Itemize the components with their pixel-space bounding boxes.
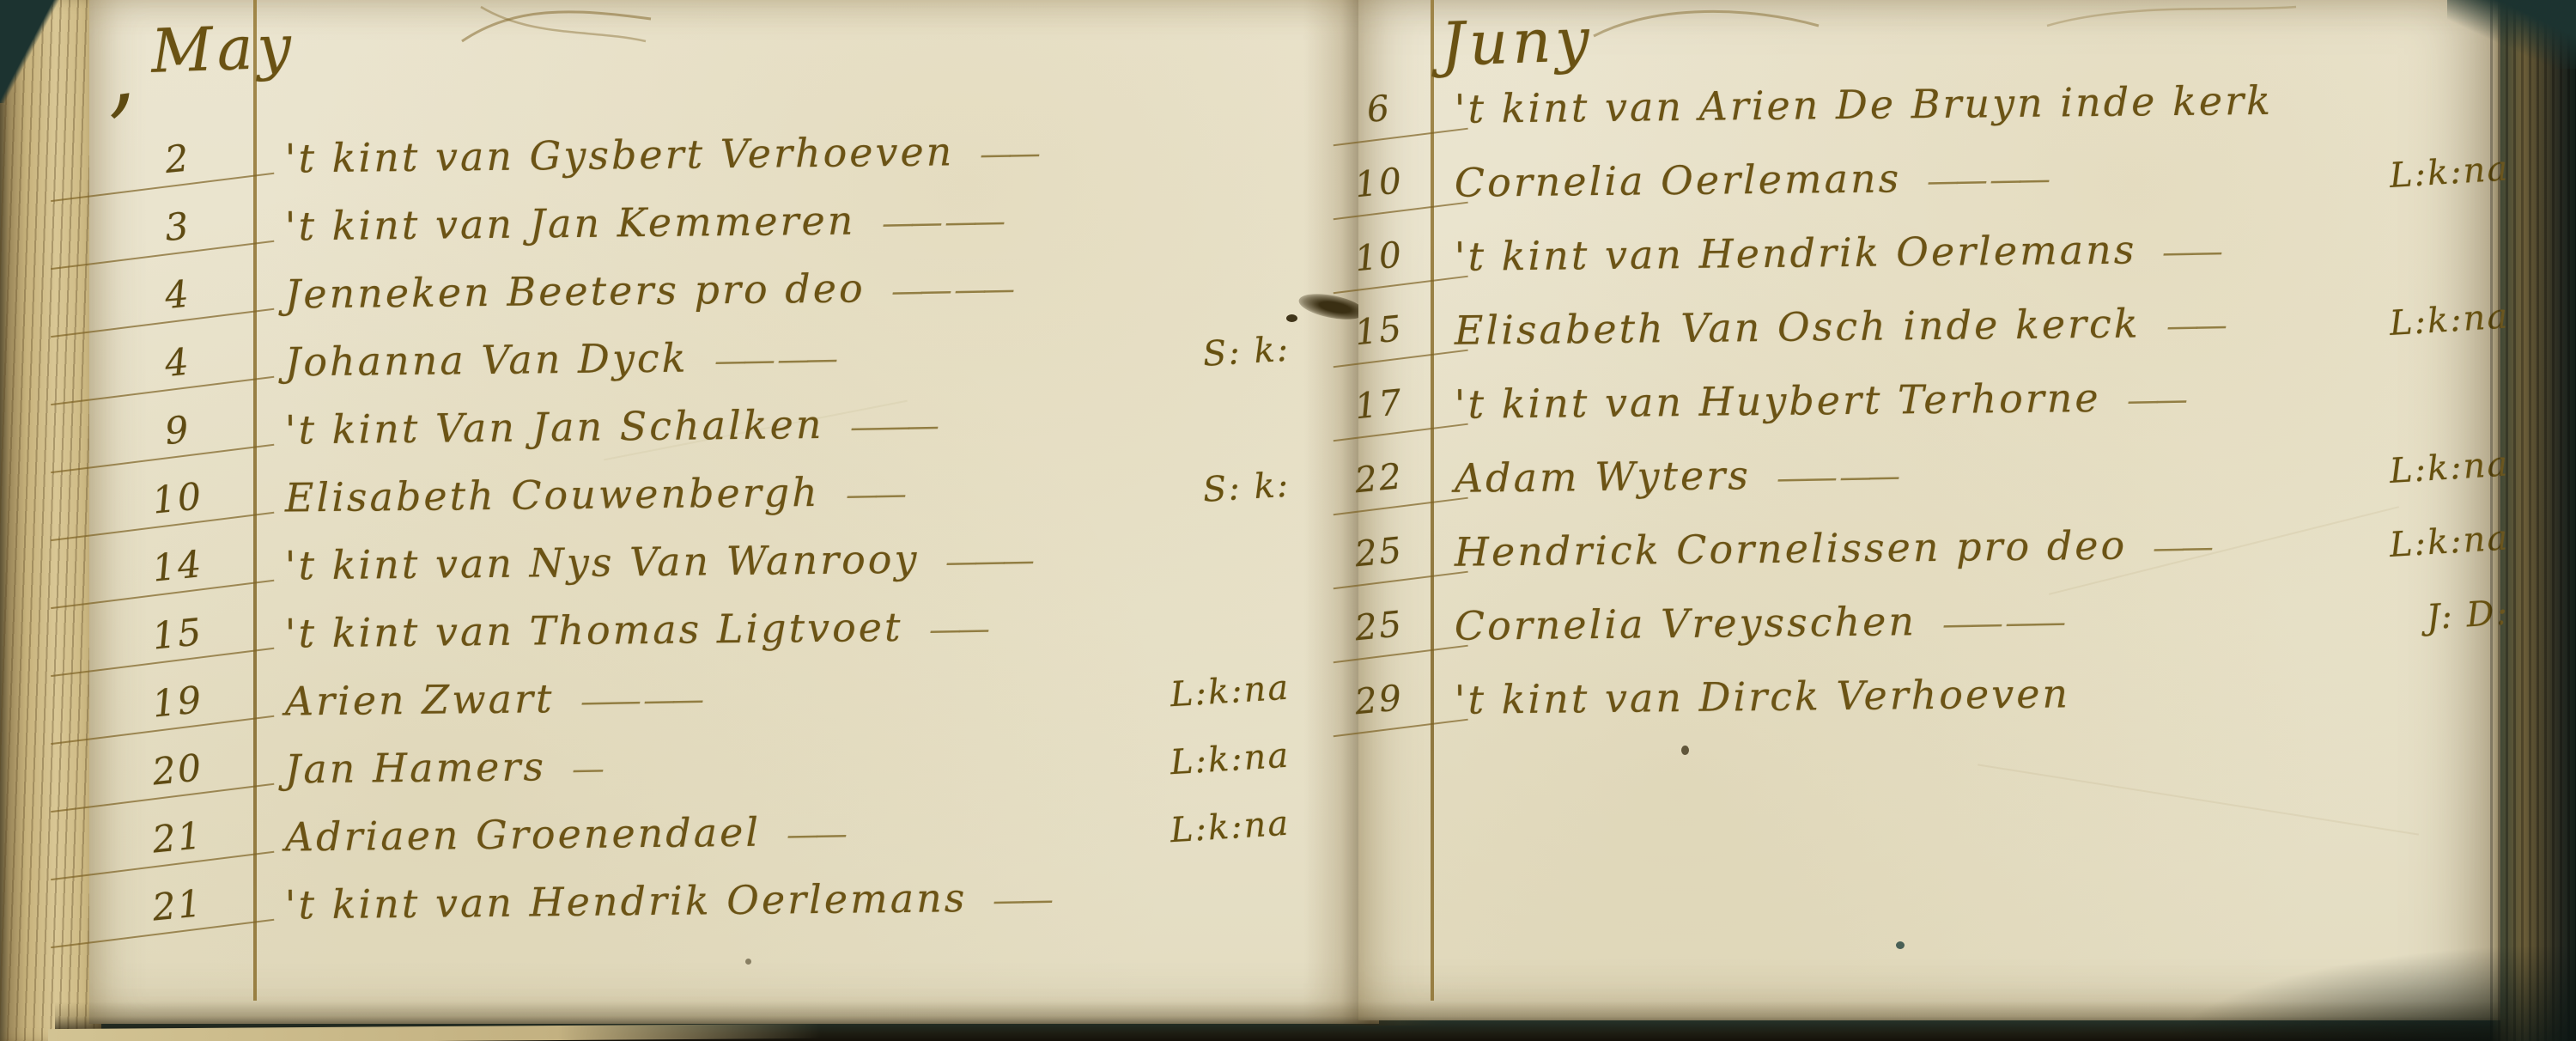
entry-day: 14 <box>120 540 235 594</box>
entry-day: 10 <box>1334 158 1424 208</box>
entry-dash-line: —— —— <box>580 680 700 721</box>
entry-line: Cornelia Oerlemans —— —— <box>1455 154 2047 206</box>
entry-dash-line: —— <box>2166 306 2223 344</box>
entry-dash-line: —— —— <box>1927 160 2047 200</box>
ink-flourish-mark: , <box>95 15 140 129</box>
entry-annotation: L:k:na <box>1169 804 1291 851</box>
register-row: 21 't kint van Hendrik Oerlemans —— <box>89 868 1380 956</box>
entry-name: Cornelia Oerlemans <box>1455 155 1902 205</box>
register-row: 17 't kint van Huybert Terhorne —— <box>1358 368 2501 454</box>
ink-speck <box>1681 746 1689 755</box>
entry-name: Johanna Van Dyck <box>285 335 689 386</box>
ink-speck <box>1286 314 1297 322</box>
book-left-page-edges <box>0 0 101 1041</box>
entry-name: Elisabeth Van Osch inde kerck <box>1455 300 2141 353</box>
entry-name: 't kint van Thomas Ligtvoet <box>285 604 903 657</box>
entry-line: Elisabeth Van Osch inde kerck —— <box>1455 299 2223 353</box>
register-row: 22 Adam Wyters —— —— L:k:na <box>1358 442 2501 528</box>
entry-name: 't kint van Huybert Terhorne <box>1455 374 2101 428</box>
entry-dash-line: ——— <box>849 406 935 446</box>
entry-annotation: L:k:na <box>1169 668 1291 715</box>
entry-day: 9 <box>120 405 235 458</box>
entry-line: 't kint van Hendrik Oerlemans —— <box>1455 225 2220 279</box>
entry-name: 't kint van Arien De Bruyn inde kerk <box>1455 77 2274 132</box>
entry-line: 't kint van Thomas Ligtvoet —— <box>285 603 986 657</box>
entry-dash-line: —— —— <box>1942 603 2063 643</box>
entry-line: Adam Wyters —— —— <box>1455 450 1897 501</box>
entry-line: 't kint van Nys Van Wanrooy ——— <box>285 534 1030 588</box>
entry-dash-line: —— <box>993 880 1050 919</box>
entry-day: 6 <box>1334 84 1424 134</box>
entry-name: 't kint van Hendrik Oerlemans <box>285 874 968 928</box>
register-row: 10 Cornelia Oerlemans —— —— L:k:na <box>1358 147 2501 233</box>
entry-day: 29 <box>1334 675 1424 725</box>
entry-line: 't kint van Gysbert Verhoeven —— <box>285 127 1037 181</box>
entry-line: 't kint van Hendrik Oerlemans —— <box>285 874 1050 928</box>
entry-day: 21 <box>120 880 235 933</box>
entry-dash-line: —— <box>2126 380 2184 419</box>
entry-name: 't kint van Gysbert Verhoeven <box>285 128 955 181</box>
entry-line: Elisabeth Couwenbergh —— <box>285 468 902 521</box>
entry-dash-line: ——— <box>945 541 1030 581</box>
entry-name: 't kint Van Jan Schalken <box>285 401 824 454</box>
entry-day: 15 <box>1334 306 1424 356</box>
entry-name: Cornelia Vreysschen <box>1455 598 1917 649</box>
ink-speck <box>745 959 751 965</box>
entry-day: 19 <box>120 676 235 729</box>
backdrop-corner-bottom-right <box>2172 947 2576 1041</box>
left-month-heading: May <box>150 11 297 87</box>
entry-dash-line: —— —— <box>881 202 1001 242</box>
entry-line: Arien Zwart —— —— <box>285 673 700 724</box>
entry-line: Jan Hamers — <box>285 743 601 793</box>
ink-speck-teal <box>1896 941 1905 949</box>
entry-dash-line: —— —— <box>1776 457 1896 497</box>
entry-day: 17 <box>1334 380 1424 429</box>
entry-name: Jan Hamers <box>285 743 547 792</box>
left-page: , May 2 't kint van Gysbert Verhoeven ——… <box>89 0 1379 1024</box>
entry-name: Adam Wyters <box>1455 452 1751 502</box>
right-month-heading: Juny <box>1440 4 1595 80</box>
register-book-photo: , May 2 't kint van Gysbert Verhoeven ——… <box>0 0 2576 1041</box>
entry-line: 't kint van Jan Kemmeren —— —— <box>285 196 1001 250</box>
entry-dash-line: —— <box>845 475 902 514</box>
entry-line: 't kint van Arien De Bruyn inde kerk <box>1455 76 2300 131</box>
entry-dash-line: —— <box>2162 232 2220 271</box>
entry-name: Hendrick Cornelissen pro deo <box>1455 522 2128 575</box>
entry-annotation: S: k: <box>1201 330 1291 374</box>
entry-annotation: S: k: <box>1201 466 1291 510</box>
entry-day: 20 <box>120 744 235 797</box>
entry-dash-line: — <box>572 749 601 788</box>
entry-dash-line: —— <box>787 814 844 853</box>
entry-line: Johanna Van Dyck —— —— <box>285 333 834 386</box>
register-row: 25 Cornelia Vreysschen —— —— J: D: <box>1358 590 2501 676</box>
entry-annotation: L:k:na <box>1169 736 1291 783</box>
entry-line: Hendrick Cornelissen pro deo —— <box>1455 521 2210 575</box>
register-row: 6 't kint van Arien De Bruyn inde kerk <box>1358 73 2501 159</box>
right-page: Juny 6 't kint van Arien De Bruyn inde k… <box>1358 0 2500 1020</box>
entry-name: 't kint van Nys Van Wanrooy <box>285 536 920 589</box>
entry-name: Jenneken Beeters pro deo <box>285 265 866 317</box>
entry-line: 't kint van Huybert Terhorne —— <box>1455 374 2184 428</box>
entry-day: 25 <box>1334 527 1424 577</box>
entry-day: 10 <box>120 472 235 526</box>
entry-name: 't kint van Dirck Verhoeven <box>1455 670 2071 723</box>
entry-line: 't kint van Dirck Verhoeven <box>1455 670 2097 723</box>
entry-line: 't kint Van Jan Schalken ——— <box>285 400 935 454</box>
backdrop-corner-top-left <box>0 0 72 103</box>
register-row: 29 't kint van Dirck Verhoeven <box>1358 664 2501 750</box>
entry-dash-line: —— <box>928 610 986 648</box>
entry-day: 15 <box>120 608 235 661</box>
entry-day: 2 <box>120 133 235 186</box>
backdrop-corner-top-right <box>2447 0 2576 69</box>
entry-name: Elisabeth Couwenbergh <box>285 469 820 521</box>
register-row: 15 Elisabeth Van Osch inde kerck —— L:k:… <box>1358 295 2501 380</box>
entry-day: 4 <box>120 337 235 390</box>
book-right-page-edges <box>2490 0 2576 1041</box>
entry-dash-line: —— —— <box>714 339 834 380</box>
entry-name: Arien Zwart <box>285 675 555 724</box>
register-row: 25 Hendrick Cornelissen pro deo —— L:k:n… <box>1358 516 2501 602</box>
register-row: 10 't kint van Hendrik Oerlemans —— <box>1358 221 2501 307</box>
entry-line: Jenneken Beeters pro deo —— —— <box>285 264 1011 318</box>
entry-day: 3 <box>120 201 235 254</box>
entry-day: 21 <box>120 812 235 865</box>
entry-name: Adriaen Groenendael <box>285 809 762 861</box>
entry-name: 't kint van Hendrik Oerlemans <box>1455 226 2137 279</box>
entry-day: 4 <box>120 269 235 322</box>
entry-dash-line: —— —— <box>890 270 1011 310</box>
entry-day: 22 <box>1334 454 1424 503</box>
entry-line: Cornelia Vreysschen —— —— <box>1455 596 2063 648</box>
entry-line: Adriaen Groenendael —— <box>285 808 844 861</box>
entry-name: 't kint van Jan Kemmeren <box>285 198 856 250</box>
entry-day: 10 <box>1334 232 1424 282</box>
entry-dash-line: —— <box>980 134 1037 173</box>
entry-day: 25 <box>1334 601 1424 651</box>
